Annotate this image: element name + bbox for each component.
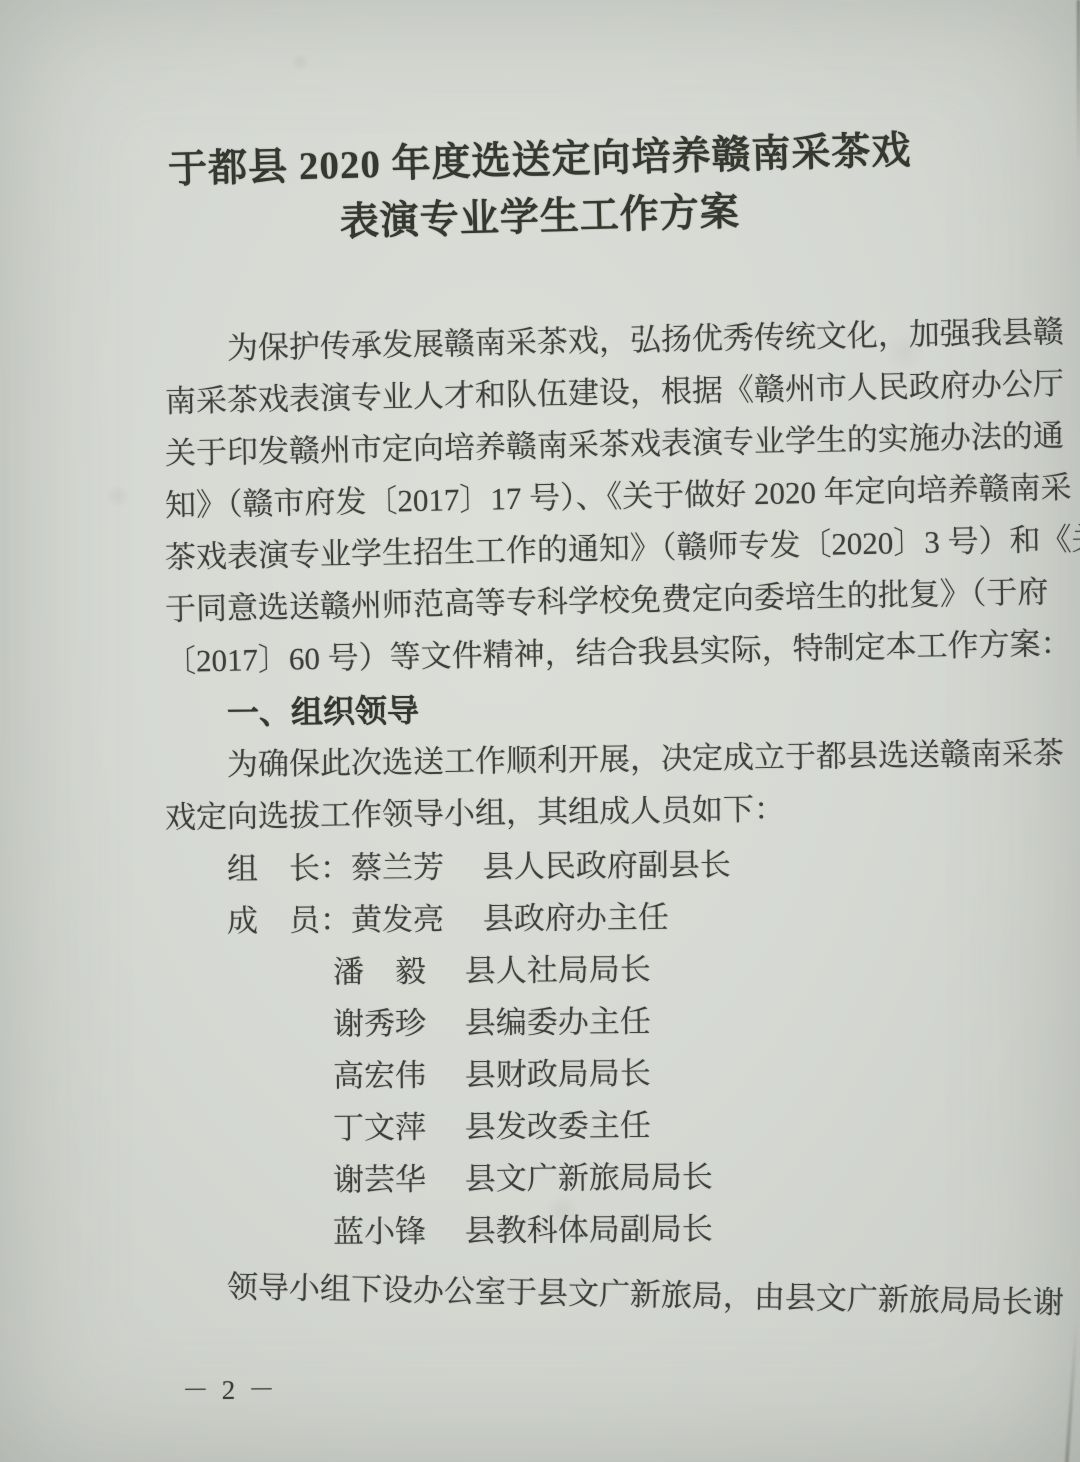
page-number: － 2 － xyxy=(182,1368,278,1408)
body-text-line: 丁文萍 县发改委主任 xyxy=(165,1097,1010,1156)
document-title: 于都县 2020 年度选送定向培养赣南采茶戏表演专业学生工作方案 xyxy=(0,146,1080,260)
body-text-line: 领导小组下设办公室于县文广新旅局，由县文广新旅局局长谢 xyxy=(165,1260,1011,1328)
body-text-line: 成 员：黄发亮 县政府办主任 xyxy=(165,889,1010,948)
page-edge-shadow-bottom xyxy=(1065,1320,1078,1462)
body-text-line: 高宏伟 县财政局局长 xyxy=(165,1045,1010,1104)
body-text-line: 组 长：蔡兰芳 县人民政府副县长 xyxy=(165,837,1010,896)
body-text-line: 蓝小锋 县教科体局副局长 xyxy=(165,1201,1010,1260)
scanned-document-page: 于都县 2020 年度选送定向培养赣南采茶戏表演专业学生工作方案 为保护传承发展… xyxy=(0,0,1080,1462)
document-body: 为保护传承发展赣南采茶戏，弘扬优秀传统文化，加强我县赣南采茶戏表演专业人才和队伍… xyxy=(165,324,1010,1312)
body-text-line: 戏定向选拔工作领导小组，其组成人员如下： xyxy=(165,780,1011,844)
body-text-line: 谢秀珍 县编委办主任 xyxy=(165,993,1010,1052)
body-text-line: 潘 毅 县人社局局长 xyxy=(165,941,1010,1000)
body-text-line: 谢芸华 县文广新旅局局长 xyxy=(165,1149,1010,1208)
